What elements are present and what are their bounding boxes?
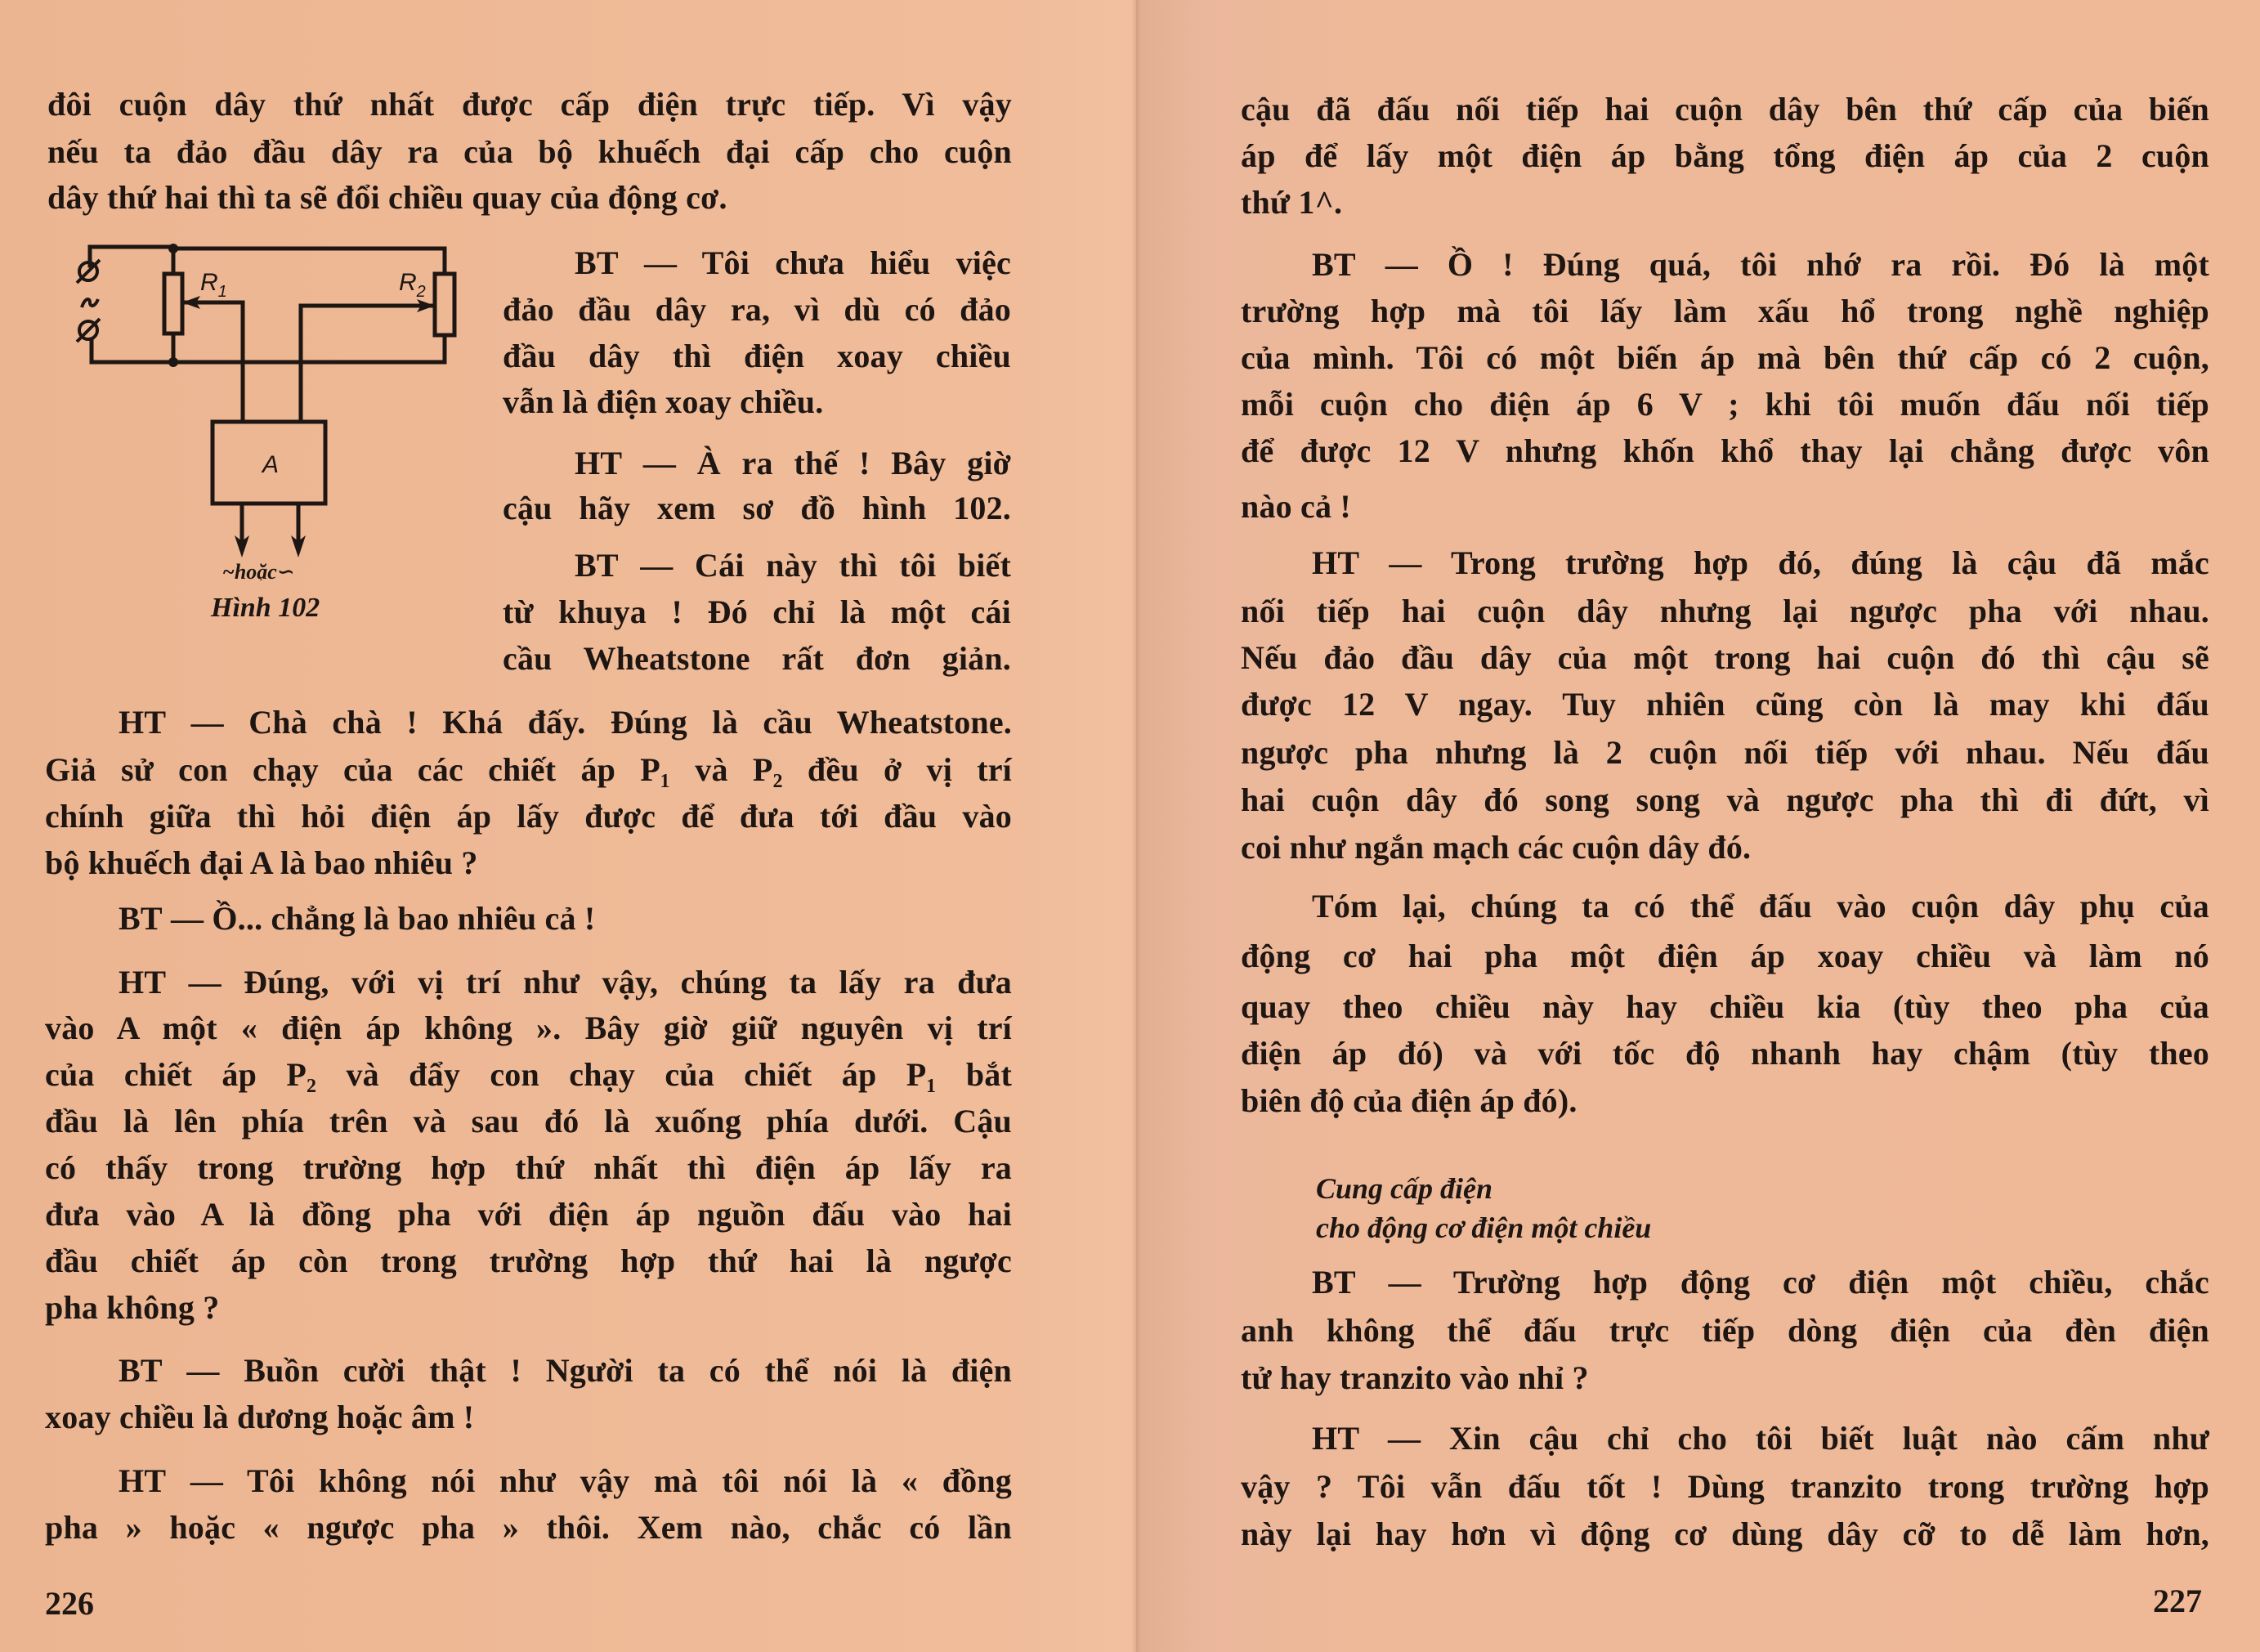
text-line: bộ khuếch đại A là bao nhiêu ? <box>45 844 1012 883</box>
text-line: đầu chiết áp còn trong trường hợp thứ ha… <box>45 1242 1012 1281</box>
r1-label: R1 <box>200 269 227 301</box>
text-line: trường hợp mà tôi lấy làm xấu hổ trong n… <box>1241 292 2209 331</box>
text-line: ngược pha nhưng là 2 cuộn nối tiếp với n… <box>1241 733 2209 772</box>
text-line: của mình. Tôi có một biến áp mà bên thứ … <box>1241 338 2209 378</box>
ac-source-icon <box>82 299 98 307</box>
text-span: — À ra thế ! Bây giờ <box>643 445 1011 481</box>
dialogue-line: HT — Chà chà ! Khá đấy. Đúng là cầu Whea… <box>119 703 1012 742</box>
speaker-label: BT <box>575 244 619 281</box>
dialogue-line: BT — Ồ ! Đúng quá, tôi nhớ ra rồi. Đó là… <box>1312 245 2209 284</box>
speaker-label: HT <box>119 1462 166 1499</box>
text-line: cậu đã đấu nối tiếp hai cuộn dây bên thứ… <box>1241 90 2209 129</box>
text-span: — Trong trường hợp đó, đúng là cậu đã mắ… <box>1389 544 2209 581</box>
text-span: — Tôi chưa hiểu việc <box>644 244 1011 281</box>
speaker-label: BT <box>1312 1264 1356 1301</box>
dialogue-line: BT — Cái này thì tôi biết <box>503 546 1011 585</box>
speaker-label: HT <box>1312 1420 1359 1457</box>
dialogue-line: HT — Xin cậu chỉ cho tôi biết luật nào c… <box>1312 1419 2209 1458</box>
text-line: từ khuya ! Đó chỉ là một cái <box>503 593 1011 632</box>
dialogue-line: BT — Trường hợp động cơ điện một chiều, … <box>1312 1263 2209 1302</box>
figure-caption: Hình 102 <box>211 593 320 624</box>
speaker-label: HT <box>575 445 622 481</box>
dialogue-line: HT — Đúng, với vị trí như vậy, chúng ta … <box>119 963 1012 1002</box>
text-line: áp để lấy một điện áp bằng tổng điện áp … <box>1241 137 2209 176</box>
output-label: ~hoặc∽ <box>222 560 295 580</box>
text-line: pha không ? <box>45 1288 1012 1327</box>
text-line: anh không thể đấu trực tiếp dòng điện củ… <box>1241 1311 2209 1350</box>
speaker-label: HT <box>1312 544 1359 581</box>
text-line: đảo đầu dây ra, vì dù có đảo <box>503 290 1011 329</box>
text-line: Nếu đảo đầu dây của một trong hai cuộn đ… <box>1241 638 2209 678</box>
text-line: quay theo chiều này hay chiều kia (tùy t… <box>1241 987 2209 1027</box>
text-line: điện áp đó) và với tốc độ nhanh hay chậm… <box>1241 1034 2209 1073</box>
text-line: vẫn là điện xoay chiều. <box>503 383 1011 422</box>
text-line: đầu dây thì điện xoay chiều <box>503 337 1011 376</box>
book-spine <box>1131 0 1141 1652</box>
text-line: chính giữa thì hỏi điện áp lấy được để đ… <box>45 797 1012 836</box>
text-span: — Ồ... chẳng là bao nhiêu cả ! <box>171 900 595 937</box>
text-line: dây thứ hai thì ta sẽ đổi chiều quay của… <box>47 178 1012 217</box>
text-line: có thấy trong trường hợp thứ nhất thì đi… <box>45 1148 1012 1188</box>
speaker-label: BT <box>119 900 163 937</box>
text-line: pha » hoặc « ngược pha » thôi. Xem nào, … <box>45 1508 1012 1547</box>
text-line: tử hay tranzito vào nhỉ ? <box>1241 1359 2209 1398</box>
text-line: Tóm lại, chúng ta có thể đấu vào cuộn dâ… <box>1312 887 2209 926</box>
text-line: đôi cuộn dây thứ nhất được cấp điện trực… <box>47 85 1012 124</box>
page-number-right: 227 <box>2153 1582 2202 1620</box>
text-line: cầu Wheatstone rất đơn giản. <box>503 639 1011 678</box>
text-line: nối tiếp hai cuộn dây nhưng lại ngược ph… <box>1241 592 2209 631</box>
text-span: — Tôi không nói như vậy mà tôi nói là « … <box>190 1462 1012 1499</box>
text-line: được 12 V ngay. Tuy nhiên cũng còn là ma… <box>1241 685 2209 724</box>
section-heading-line-1: Cung cấp điện <box>1316 1171 1492 1207</box>
text-line: nếu ta đảo đầu dây ra của bộ khuếch đại … <box>47 132 1012 172</box>
dialogue-line: HT — À ra thế ! Bây giờ <box>503 444 1011 483</box>
text-line: đưa vào A là đồng pha với điện áp nguồn … <box>45 1195 1012 1234</box>
text-line: của chiết áp P₂ và đẩy con chạy của chiế… <box>45 1055 1012 1095</box>
text-line: đầu là lên phía trên và sau đó là xuống … <box>45 1102 1012 1141</box>
text-line: hai cuộn dây đó song song và ngược pha t… <box>1241 781 2209 820</box>
text-span: — Chà chà ! Khá đấy. Đúng là cầu Wheatst… <box>191 704 1012 741</box>
text-span: — Trường hợp động cơ điện một chiều, chắ… <box>1389 1264 2209 1301</box>
speaker-label: BT <box>575 547 619 584</box>
speaker-label: HT <box>119 704 166 741</box>
dialogue-line: HT — Trong trường hợp đó, đúng là cậu đã… <box>1312 544 2209 583</box>
wheatstone-bridge-diagram: R1 R2 A ~hoặc∽ <box>49 229 490 580</box>
speaker-label: HT <box>119 964 166 1001</box>
dialogue-line: BT — Tôi chưa hiểu việc <box>503 244 1011 283</box>
text-span: — Cái này thì tôi biết <box>640 547 1011 584</box>
text-span: — Ồ ! Đúng quá, tôi nhớ ra rồi. Đó là mộ… <box>1385 246 2209 283</box>
text-line: thứ 1^. <box>1241 183 2209 222</box>
text-line: động cơ hai pha một điện áp xoay chiều v… <box>1241 937 2209 976</box>
section-heading-line-2: cho động cơ điện một chiều <box>1316 1210 1651 1246</box>
dialogue-line: BT — Ồ... chẳng là bao nhiêu cả ! <box>119 899 1012 938</box>
text-line: mỗi cuộn cho điện áp 6 V ; khi tôi muốn … <box>1241 385 2209 424</box>
text-line: để được 12 V nhưng khốn khổ thay lại chẳ… <box>1241 432 2209 471</box>
text-line: cậu hãy xem sơ đồ hình 102. <box>503 489 1011 528</box>
text-line: nào cả ! <box>1241 487 2209 526</box>
text-line: vào A một « điện áp không ». Bây giờ giữ… <box>45 1009 1012 1048</box>
page-number-left: 226 <box>45 1584 94 1623</box>
text-span: — Xin cậu chỉ cho tôi biết luật nào cấm … <box>1388 1420 2209 1457</box>
text-line: Giả sử con chạy của các chiết áp P₁ và P… <box>45 750 1012 790</box>
speaker-label: BT <box>1312 246 1356 283</box>
dialogue-line: BT — Buồn cười thật ! Người ta có thể nó… <box>119 1351 1012 1390</box>
text-line: biên độ của điện áp đó). <box>1241 1081 2209 1121</box>
amplifier-label: A <box>261 451 279 478</box>
dialogue-line: HT — Tôi không nói như vậy mà tôi nói là… <box>119 1462 1012 1501</box>
speaker-label: BT <box>119 1352 163 1389</box>
text-line: vậy ? Tôi vẫn đấu tốt ! Dùng tranzito tr… <box>1241 1467 2209 1506</box>
text-line: xoay chiều là dương hoặc âm ! <box>45 1398 1012 1437</box>
text-span: — Buồn cười thật ! Người ta có thể nói l… <box>186 1352 1012 1389</box>
text-line: này lại hay hơn vì động cơ dùng dây cỡ t… <box>1241 1515 2209 1554</box>
text-line: coi như ngắn mạch các cuộn dây đó. <box>1241 828 2209 867</box>
text-span: — Đúng, với vị trí như vậy, chúng ta lấy… <box>189 964 1012 1001</box>
r2-label: R2 <box>399 269 426 301</box>
